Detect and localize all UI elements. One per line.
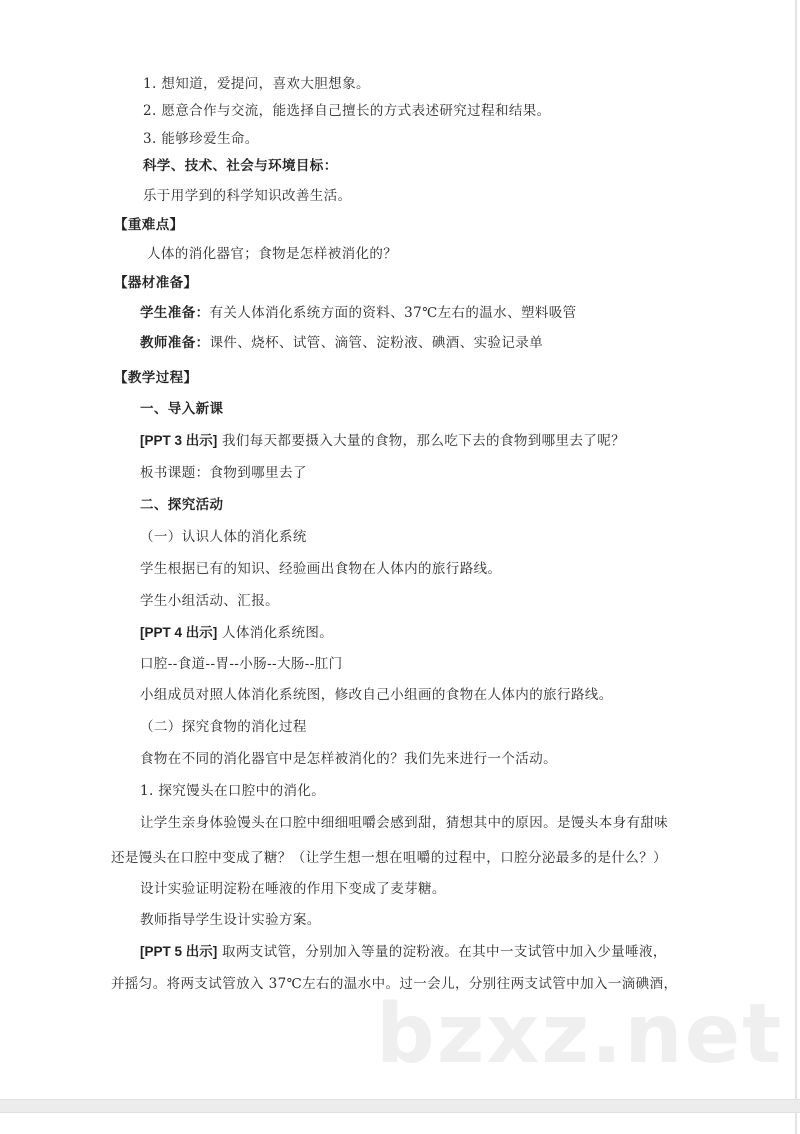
paragraph: 学生根据已有的知识、经验画出食物在人体内的旅行路线。 bbox=[140, 560, 501, 578]
ppt4-text: 人体消化系统图。 bbox=[217, 625, 333, 641]
sts-goal-text: 乐于用学到的科学知识改善生活。 bbox=[143, 187, 352, 205]
activity-1-heading: 1. 探究馒头在口腔中的消化。 bbox=[140, 782, 325, 800]
teacher-materials: 教师准备：课件、烧杯、试管、滴管、淀粉液、碘酒、实验记录单 bbox=[140, 334, 543, 352]
sts-goal-heading: 科学、技术、社会与环境目标： bbox=[143, 157, 338, 175]
digestive-path: 口腔--食道--胃--小肠--大肠--肛门 bbox=[140, 655, 343, 673]
student-materials-text: 有关人体消化系统方面的资料、37℃左右的温水、塑料吸管 bbox=[210, 305, 577, 321]
paragraph: 小组成员对照人体消化系统图，修改自己小组画的食物在人体内的旅行路线。 bbox=[140, 686, 613, 704]
ppt3-text: 我们每天都要摄入大量的食物，那么吃下去的食物到哪里去了呢？ bbox=[217, 433, 625, 449]
student-materials: 学生准备：有关人体消化系统方面的资料、37℃左右的温水、塑料吸管 bbox=[140, 304, 577, 322]
teacher-materials-label: 教师准备： bbox=[140, 335, 210, 351]
goal-item-1: 1. 想知道，爱提问，喜欢大胆想象。 bbox=[143, 75, 370, 93]
goal-item-2: 2. 愿意合作与交流，能选择自己擅长的方式表述研究过程和结果。 bbox=[143, 102, 551, 120]
student-materials-label: 学生准备： bbox=[140, 305, 210, 321]
ppt3-label: [PPT 3 出示] bbox=[140, 433, 217, 448]
section-materials-heading: 【器材准备】 bbox=[114, 274, 197, 292]
key-points-text: 人体的消化器官；食物是怎样被消化的？ bbox=[147, 245, 397, 263]
board-title: 板书课题：食物到哪里去了 bbox=[140, 464, 307, 482]
paragraph: 设计实验证明淀粉在唾液的作用下变成了麦芽糖。 bbox=[140, 880, 446, 898]
paragraph: 学生小组活动、汇报。 bbox=[140, 592, 279, 610]
section-process-heading: 【教学过程】 bbox=[114, 369, 197, 387]
paragraph: 食物在不同的消化器官中是怎样被消化的？我们先来进行一个活动。 bbox=[140, 750, 557, 768]
goal-item-3: 3. 能够珍爱生命。 bbox=[143, 130, 259, 148]
ppt5-line: [PPT 5 出示] 取两支试管，分别加入等量的淀粉液。在其中一支试管中加入少量… bbox=[140, 943, 667, 961]
paragraph-continued: 还是馒头在口腔中变成了糖？（让学生想一想在咀嚼的过程中，口腔分泌最多的是什么？） bbox=[111, 849, 667, 867]
ppt5-label: [PPT 5 出示] bbox=[140, 944, 217, 959]
ppt4-label: [PPT 4 出示] bbox=[140, 625, 217, 640]
step-1-heading: 一、导入新课 bbox=[140, 400, 223, 418]
ppt5-text: 取两支试管，分别加入等量的淀粉液。在其中一支试管中加入少量唾液， bbox=[217, 944, 667, 960]
section-key-points-heading: 【重难点】 bbox=[114, 216, 184, 234]
paragraph: 让学生亲身体验馒头在口腔中细细咀嚼会感到甜，猜想其中的原因。是馒头本身有甜味 bbox=[140, 814, 668, 832]
next-page bbox=[0, 1113, 797, 1134]
step-2-heading: 二、探究活动 bbox=[140, 496, 223, 514]
paragraph: 教师指导学生设计实验方案。 bbox=[140, 911, 321, 929]
subsection-1-heading: （一）认识人体的消化系统 bbox=[140, 528, 307, 546]
ppt4-line: [PPT 4 出示] 人体消化系统图。 bbox=[140, 624, 333, 642]
teacher-materials-text: 课件、烧杯、试管、滴管、淀粉液、碘酒、实验记录单 bbox=[210, 335, 544, 351]
subsection-2-heading: （二）探究食物的消化过程 bbox=[140, 718, 307, 736]
document-page: 1. 想知道，爱提问，喜欢大胆想象。 2. 愿意合作与交流，能选择自己擅长的方式… bbox=[0, 0, 797, 1099]
watermark: bzxz.net bbox=[376, 990, 783, 1080]
page-separator bbox=[0, 1099, 800, 1113]
ppt3-line: [PPT 3 出示] 我们每天都要摄入大量的食物，那么吃下去的食物到哪里去了呢？ bbox=[140, 432, 625, 450]
